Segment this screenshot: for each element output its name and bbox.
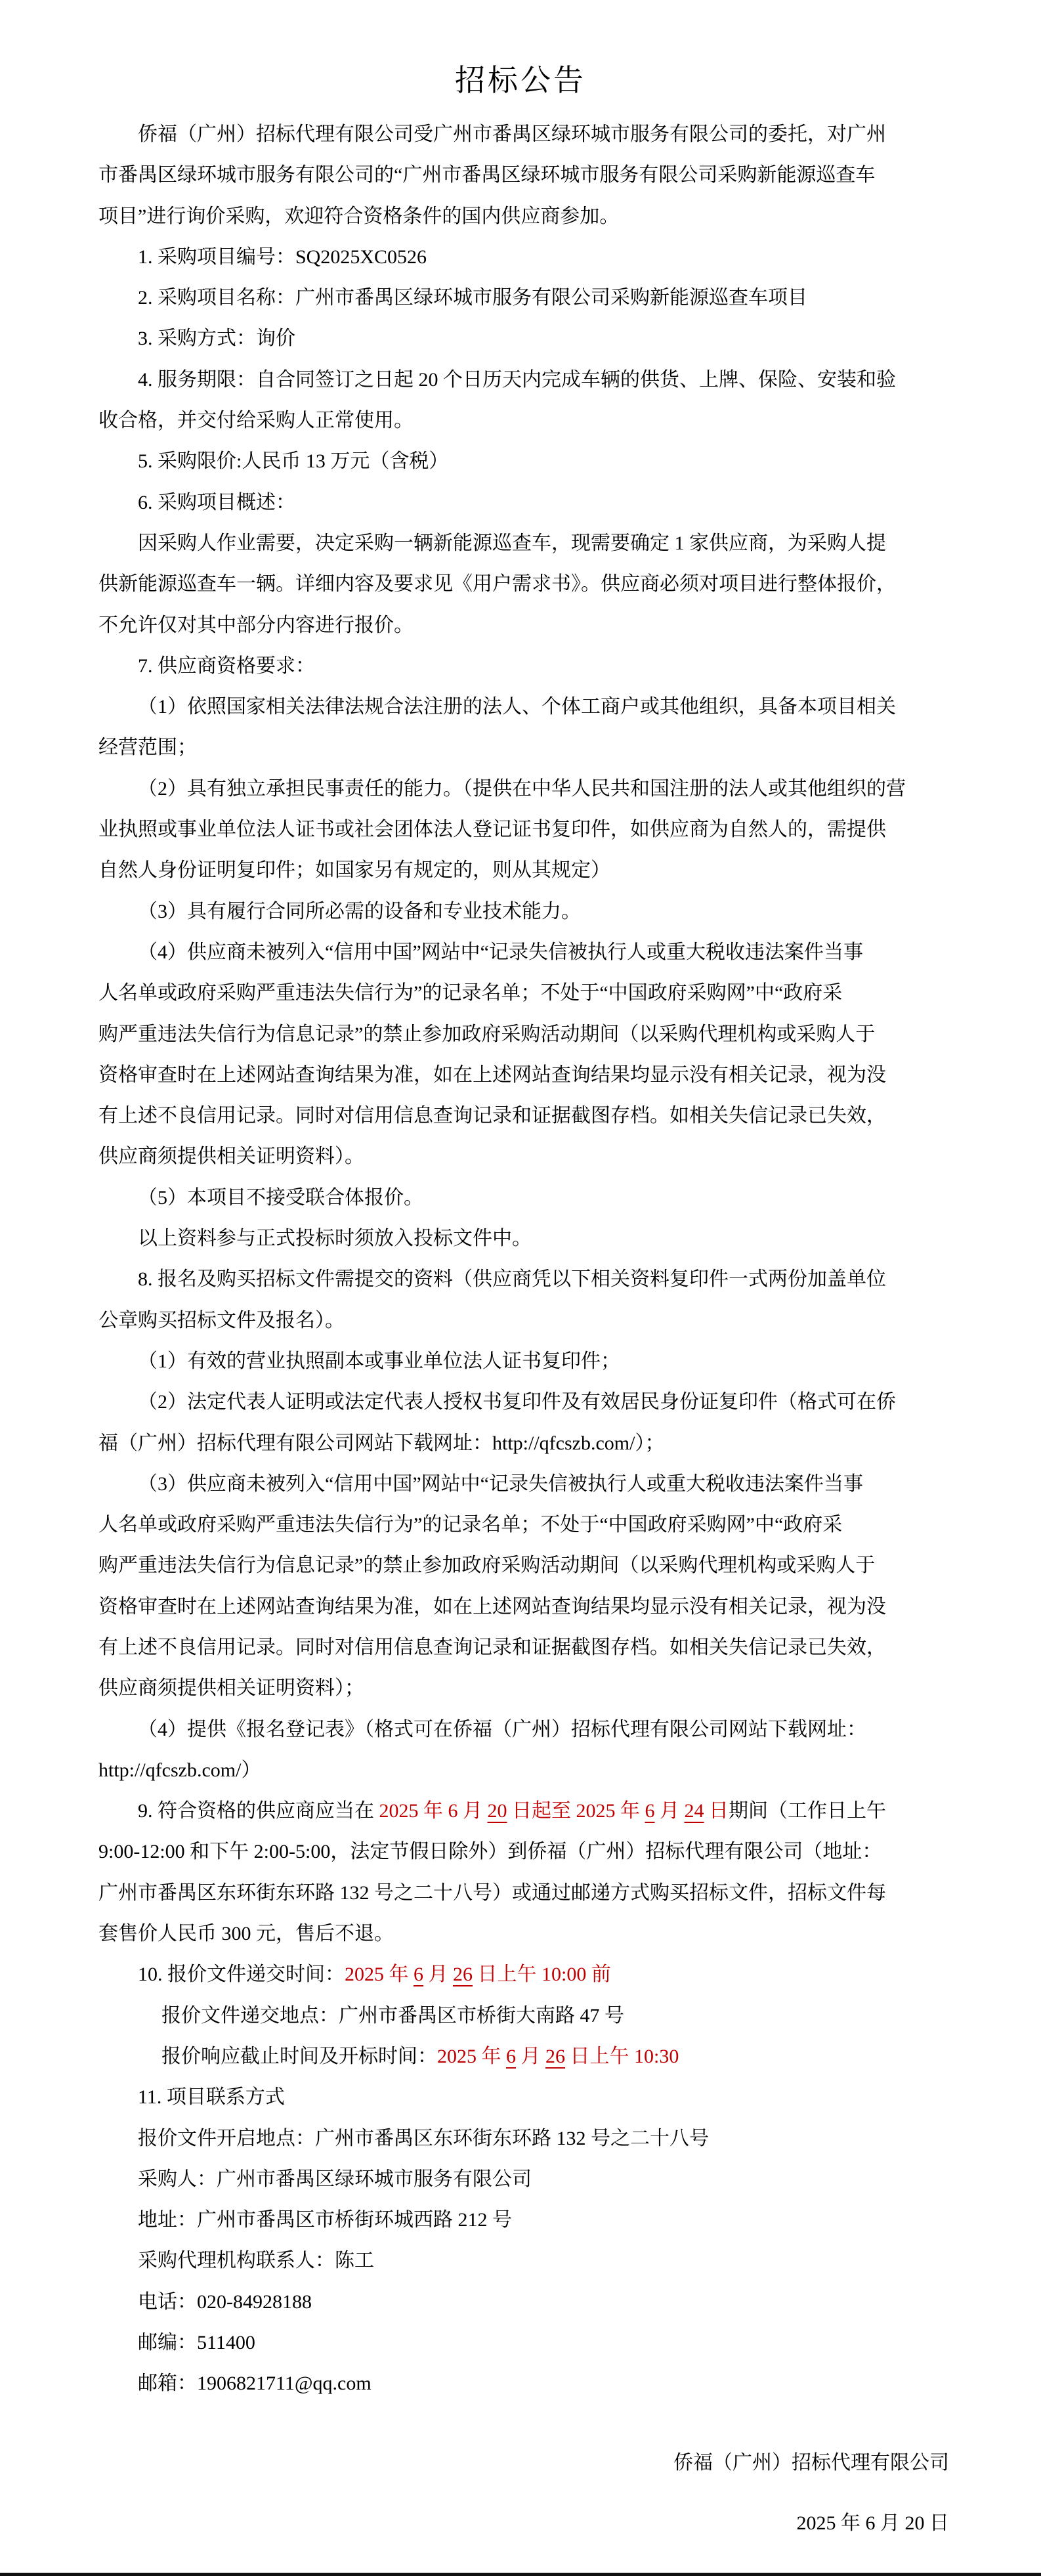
doc-line: 业执照或事业单位法人证书或社会团体法人登记证书复印件，如供应商为自然人的，需提供 [98, 809, 943, 850]
doc-text: 电话：020-84928188 [138, 2291, 312, 2313]
doc-line: 因采购人作业需要，决定采购一辆新能源巡查车，现需要确定 1 家供应商，为采购人提 [98, 523, 943, 564]
doc-line: 市番禺区绿环城市服务有限公司的“广州市番禺区绿环城市服务有限公司采购新能源巡查车 [98, 155, 943, 196]
doc-text-red: 日上午 10:30 [565, 2046, 679, 2067]
doc-text: 市番禺区绿环城市服务有限公司的“广州市番禺区绿环城市服务有限公司采购新能源巡查车 [98, 164, 875, 186]
doc-text-red: 月 [655, 1800, 685, 1822]
doc-text-red: 日起至 2025 年 [507, 1800, 645, 1822]
doc-line: 广州市番禺区东环街东环路 132 号之二十八号）或通过邮递方式购买招标文件，招标… [98, 1873, 943, 1914]
doc-line: 邮编：511400 [98, 2323, 943, 2363]
doc-text: 供新能源巡查车一辆。详细内容及要求见《用户需求书》。供应商必须对项目进行整体报价… [98, 573, 896, 595]
doc-text: （4）提供《报名登记表》（格式可在侨福（广州）招标代理有限公司网站下载网址： [138, 1719, 866, 1740]
doc-text: 邮编：511400 [138, 2332, 255, 2353]
doc-text: 10. 报价文件递交时间： [138, 1964, 345, 1985]
doc-line: 采购代理机构联系人：陈工 [98, 2241, 943, 2281]
doc-text: 购严重违法失信行为信息记录”的禁止参加政府采购活动期间（以采购代理机构或采购人于 [98, 1555, 875, 1576]
doc-text: 11. 项目联系方式 [138, 2086, 285, 2108]
doc-line: （1）有效的营业执照副本或事业单位法人证书复印件； [98, 1341, 943, 1382]
doc-line: 2. 采购项目名称：广州市番禺区绿环城市服务有限公司采购新能源巡查车项目 [98, 278, 943, 318]
doc-text: http://qfcszb.com/） [98, 1759, 261, 1781]
doc-line: 电话：020-84928188 [98, 2282, 943, 2323]
page-title: 招标公告 [0, 56, 1041, 100]
doc-text: （1）依照国家相关法律法规合法注册的法人、个体工商户或其他组织，具备本项目相关 [138, 696, 896, 718]
doc-line: （2）法定代表人证明或法定代表人授权书复印件及有效居民身份证复印件（格式可在侨 [98, 1382, 943, 1423]
doc-line: 经营范围； [98, 727, 943, 768]
doc-text-red: 20 [488, 1800, 507, 1822]
doc-line: 3. 采购方式：询价 [98, 318, 943, 359]
doc-text: 项目”进行询价采购，欢迎符合资格条件的国内供应商参加。 [98, 205, 619, 227]
doc-line: （4）提供《报名登记表》（格式可在侨福（广州）招标代理有限公司网站下载网址： [98, 1709, 943, 1750]
signature-date: 2025 年 6 月 20 日 [797, 2506, 950, 2535]
doc-line: 1. 采购项目编号：SQ2025XC0526 [98, 237, 943, 278]
doc-line: 自然人身份证明复印件；如国家另有规定的，则从其规定） [98, 850, 943, 891]
doc-line: 6. 采购项目概述： [98, 483, 943, 523]
document-body: 侨福（广州）招标代理有限公司受广州市番禺区绿环城市服务有限公司的委托，对广州市番… [98, 114, 943, 2405]
doc-line: 10. 报价文件递交时间：2025 年 6 月 26 日上午 10:00 前 [98, 1954, 943, 1995]
doc-text: 人名单或政府采购严重违法失信行为”的记录名单；不处于“中国政府采购网”中“政府采 [98, 982, 842, 1004]
doc-line: 5. 采购限价:人民币 13 万元（含税） [98, 441, 943, 482]
doc-text: 供应商须提供相关证明资料）。 [98, 1146, 364, 1167]
doc-line: （2）具有独立承担民事责任的能力。（提供在中华人民共和国注册的法人或其他组织的营 [98, 769, 943, 809]
doc-text-red: 6 [645, 1800, 655, 1822]
doc-line: （1）依照国家相关法律法规合法注册的法人、个体工商户或其他组织，具备本项目相关 [98, 687, 943, 727]
doc-text: 6. 采购项目概述： [138, 492, 295, 513]
tender-announcement-page: 招标公告 侨福（广州）招标代理有限公司受广州市番禺区绿环城市服务有限公司的委托，… [0, 0, 1041, 2576]
doc-text-red: 日上午 10:00 前 [473, 1964, 611, 1985]
doc-line: 报价文件开启地点：广州市番禺区东环街东环路 132 号之二十八号 [98, 2118, 943, 2159]
doc-text: 地址：广州市番禺区市桥街环城西路 212 号 [138, 2209, 512, 2231]
doc-text: （3）供应商未被列入“信用中国”网站中“记录失信被执行人或重大税收违法案件当事 [138, 1473, 863, 1495]
doc-text: 自然人身份证明复印件；如国家另有规定的，则从其规定） [98, 859, 610, 881]
doc-line: 套售价人民币 300 元，售后不退。 [98, 1914, 943, 1954]
doc-line: 收合格，并交付给采购人正常使用。 [98, 400, 943, 441]
doc-line: 邮箱：1906821711@qq.com [98, 2363, 943, 2404]
doc-line: 9. 符合资格的供应商应当在 2025 年 6 月 20 日起至 2025 年 … [98, 1791, 943, 1832]
doc-text: 有上述不良信用记录。同时对信用信息查询记录和证据截图存档。如相关失信记录已失效， [98, 1637, 886, 1658]
doc-text: （3）具有履行合同所必需的设备和专业技术能力。 [138, 901, 581, 922]
doc-line: 报价文件递交地点：广州市番禺区市桥街大南路 47 号 [98, 1996, 943, 2036]
doc-line: （5）本项目不接受联合体报价。 [98, 1178, 943, 1218]
doc-line: 供应商须提供相关证明资料）； [98, 1668, 943, 1709]
doc-text: （1）有效的营业执照副本或事业单位法人证书复印件； [138, 1350, 620, 1372]
doc-text: 经营范围； [98, 737, 197, 758]
doc-text: 套售价人民币 300 元，售后不退。 [98, 1923, 394, 1944]
doc-line: 供应商须提供相关证明资料）。 [98, 1136, 943, 1177]
doc-line: 11. 项目联系方式 [98, 2077, 943, 2118]
doc-text: （4）供应商未被列入“信用中国”网站中“记录失信被执行人或重大税收违法案件当事 [138, 941, 863, 963]
doc-text: 广州市番禺区东环街东环路 132 号之二十八号）或通过邮递方式购买招标文件，招标… [98, 1882, 886, 1904]
doc-text: 1. 采购项目编号：SQ2025XC0526 [138, 246, 427, 268]
doc-text: 侨福（广州）招标代理有限公司受广州市番禺区绿环城市服务有限公司的委托，对广州 [138, 123, 886, 145]
doc-line: 4. 服务期限：自合同签订之日起 20 个日历天内完成车辆的供货、上牌、保险、安… [98, 360, 943, 400]
doc-text: 9:00-12:00 和下午 2:00-5:00，法定节假日除外）到侨福（广州）… [98, 1841, 882, 1862]
doc-text: 报价文件递交地点：广州市番禺区市桥街大南路 47 号 [161, 2005, 624, 2027]
doc-text: 业执照或事业单位法人证书或社会团体法人登记证书复印件，如供应商为自然人的，需提供 [98, 819, 886, 840]
doc-text: （5）本项目不接受联合体报价。 [138, 1187, 423, 1209]
doc-line: （3）供应商未被列入“信用中国”网站中“记录失信被执行人或重大税收违法案件当事 [98, 1464, 943, 1505]
doc-line: 公章购买招标文件及报名）。 [98, 1300, 943, 1341]
doc-line: 项目”进行询价采购，欢迎符合资格条件的国内供应商参加。 [98, 196, 943, 237]
doc-line: 地址：广州市番禺区市桥街环城西路 212 号 [98, 2200, 943, 2241]
doc-text: 报价文件开启地点：广州市番禺区东环街东环路 132 号之二十八号 [138, 2128, 709, 2149]
doc-line: 8. 报名及购买招标文件需提交的资料（供应商凭以下相关资料复印件一式两份加盖单位 [98, 1259, 943, 1300]
doc-line: 福（广州）招标代理有限公司网站下载网址：http://qfcszb.com/）； [98, 1423, 943, 1464]
doc-text-red: 月 [516, 2046, 545, 2067]
doc-text: 邮箱：1906821711@qq.com [138, 2372, 372, 2394]
doc-text: 2. 采购项目名称：广州市番禺区绿环城市服务有限公司采购新能源巡查车项目 [138, 287, 807, 309]
doc-text-red: 6 [414, 1964, 423, 1985]
bottom-edge-bar [0, 2573, 1041, 2576]
doc-text: 5. 采购限价:人民币 13 万元（含税） [138, 450, 448, 472]
doc-text: 购严重违法失信行为信息记录”的禁止参加政府采购活动期间（以采购代理机构或采购人于 [98, 1023, 875, 1045]
doc-text-red: 2025 年 6 月 [379, 1800, 488, 1822]
doc-line: 报价响应截止时间及开标时间：2025 年 6 月 26 日上午 10:30 [98, 2036, 943, 2077]
doc-text-red: 日 [704, 1800, 729, 1822]
doc-text: 供应商须提供相关证明资料）； [98, 1677, 364, 1699]
doc-line: 购严重违法失信行为信息记录”的禁止参加政府采购活动期间（以采购代理机构或采购人于 [98, 1014, 943, 1055]
doc-text: 收合格，并交付给采购人正常使用。 [98, 410, 414, 431]
doc-text: 资格审查时在上述网站查询结果为准，如在上述网站查询结果均显示没有相关记录，视为没 [98, 1064, 886, 1086]
doc-text: 采购人：广州市番禺区绿环城市服务有限公司 [138, 2168, 532, 2190]
doc-text: 有上述不良信用记录。同时对信用信息查询记录和证据截图存档。如相关失信记录已失效， [98, 1105, 886, 1127]
doc-line: 以上资料参与正式投标时须放入投标文件中。 [98, 1218, 943, 1259]
doc-text-red: 26 [545, 2046, 565, 2067]
doc-text: 9. 符合资格的供应商应当在 [138, 1800, 379, 1822]
doc-line: 有上述不良信用记录。同时对信用信息查询记录和证据截图存档。如相关失信记录已失效， [98, 1627, 943, 1668]
doc-text-red: 2025 年 [437, 2046, 506, 2067]
doc-line: 供新能源巡查车一辆。详细内容及要求见《用户需求书》。供应商必须对项目进行整体报价… [98, 564, 943, 605]
doc-text: （2）具有独立承担民事责任的能力。（提供在中华人民共和国注册的法人或其他组织的营 [138, 778, 906, 800]
signature-company: 侨福（广州）招标代理有限公司 [673, 2446, 949, 2475]
doc-line: 侨福（广州）招标代理有限公司受广州市番禺区绿环城市服务有限公司的委托，对广州 [98, 114, 943, 155]
doc-text-red: 月 [423, 1964, 453, 1985]
doc-text: 8. 报名及购买招标文件需提交的资料（供应商凭以下相关资料复印件一式两份加盖单位 [138, 1268, 886, 1290]
doc-text: 资格审查时在上述网站查询结果为准，如在上述网站查询结果均显示没有相关记录，视为没 [98, 1596, 886, 1618]
doc-line: 采购人：广州市番禺区绿环城市服务有限公司 [98, 2159, 943, 2200]
doc-text: 公章购买招标文件及报名）。 [98, 1310, 345, 1331]
doc-text: 因采购人作业需要，决定采购一辆新能源巡查车，现需要确定 1 家供应商，为采购人提 [138, 532, 886, 554]
doc-line: http://qfcszb.com/） [98, 1750, 943, 1791]
doc-text-red: 24 [685, 1800, 704, 1822]
doc-line: 人名单或政府采购严重违法失信行为”的记录名单；不处于“中国政府采购网”中“政府采 [98, 1505, 943, 1545]
doc-text: 不允许仅对其中部分内容进行报价。 [98, 614, 414, 636]
doc-text: 报价响应截止时间及开标时间： [161, 2046, 437, 2067]
doc-text: 福（广州）招标代理有限公司网站下载网址：http://qfcszb.com/）； [98, 1432, 664, 1454]
doc-line: 资格审查时在上述网站查询结果为准，如在上述网站查询结果均显示没有相关记录，视为没 [98, 1055, 943, 1096]
doc-text: 3. 采购方式：询价 [138, 328, 295, 349]
doc-line: 资格审查时在上述网站查询结果为准，如在上述网站查询结果均显示没有相关记录，视为没 [98, 1587, 943, 1627]
doc-line: （4）供应商未被列入“信用中国”网站中“记录失信被执行人或重大税收违法案件当事 [98, 932, 943, 973]
doc-text: 人名单或政府采购严重违法失信行为”的记录名单；不处于“中国政府采购网”中“政府采 [98, 1514, 842, 1535]
doc-line: 不允许仅对其中部分内容进行报价。 [98, 605, 943, 646]
doc-line: 9:00-12:00 和下午 2:00-5:00，法定节假日除外）到侨福（广州）… [98, 1832, 943, 1872]
doc-line: 购严重违法失信行为信息记录”的禁止参加政府采购活动期间（以采购代理机构或采购人于 [98, 1545, 943, 1586]
doc-line: 有上述不良信用记录。同时对信用信息查询记录和证据截图存档。如相关失信记录已失效， [98, 1096, 943, 1136]
doc-text: （2）法定代表人证明或法定代表人授权书复印件及有效居民身份证复印件（格式可在侨 [138, 1391, 896, 1413]
doc-text: 以上资料参与正式投标时须放入投标文件中。 [138, 1228, 532, 1249]
doc-text: 采购代理机构联系人：陈工 [138, 2250, 374, 2271]
doc-line: 7. 供应商资格要求： [98, 646, 943, 687]
doc-text: 4. 服务期限：自合同签订之日起 20 个日历天内完成车辆的供货、上牌、保险、安… [138, 369, 896, 391]
doc-line: 人名单或政府采购严重违法失信行为”的记录名单；不处于“中国政府采购网”中“政府采 [98, 973, 943, 1014]
doc-text: 7. 供应商资格要求： [138, 655, 315, 677]
doc-text-red: 2025 年 [345, 1964, 414, 1985]
doc-text-red: 26 [453, 1964, 473, 1985]
doc-text-red: 6 [506, 2046, 516, 2067]
doc-text: 期间（工作日上午 [729, 1800, 886, 1822]
doc-line: （3）具有履行合同所必需的设备和专业技术能力。 [98, 891, 943, 932]
